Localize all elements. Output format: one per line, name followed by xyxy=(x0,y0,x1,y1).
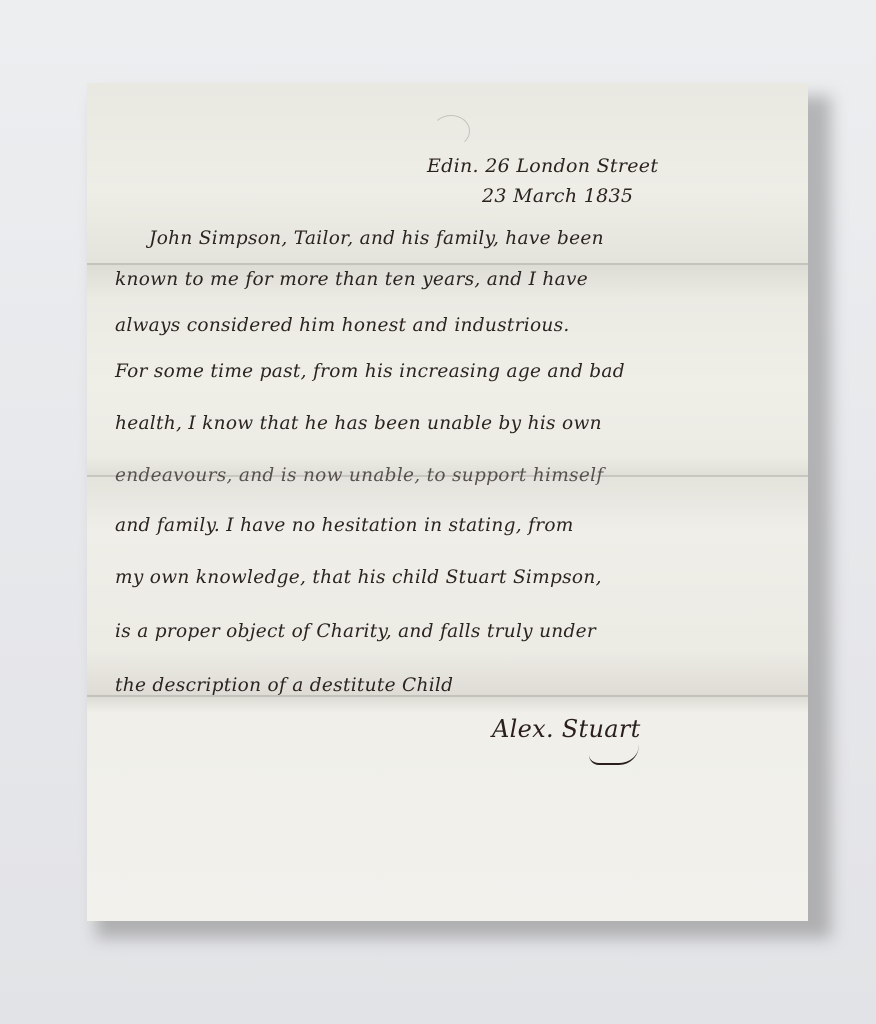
fold-panel-bottom xyxy=(87,695,808,921)
fold-crease xyxy=(87,263,808,265)
letter-line: For some time past, from his increasing … xyxy=(115,361,625,382)
letter-date: 23 March 1835 xyxy=(482,185,633,207)
letter-line: known to me for more than ten years, and… xyxy=(115,269,588,290)
letter-address: Edin. 26 London Street xyxy=(427,155,658,177)
letter-line: endeavours, and is now unable, to suppor… xyxy=(115,465,603,486)
seal-mark xyxy=(432,115,470,147)
letter-line: always considered him honest and industr… xyxy=(115,315,570,336)
letter-line: the description of a destitute Child xyxy=(115,675,453,696)
letter-line: and family. I have no hesitation in stat… xyxy=(115,515,574,536)
letter-line: my own knowledge, that his child Stuart … xyxy=(115,567,602,588)
letter-paper: Edin. 26 London Street 23 March 1835 Joh… xyxy=(87,83,808,921)
signature: Alex. Stuart xyxy=(492,715,641,743)
letter-line: health, I know that he has been unable b… xyxy=(115,413,602,434)
letter-line: is a proper object of Charity, and falls… xyxy=(115,621,596,642)
letter-line: John Simpson, Tailor, and his family, ha… xyxy=(149,228,604,249)
